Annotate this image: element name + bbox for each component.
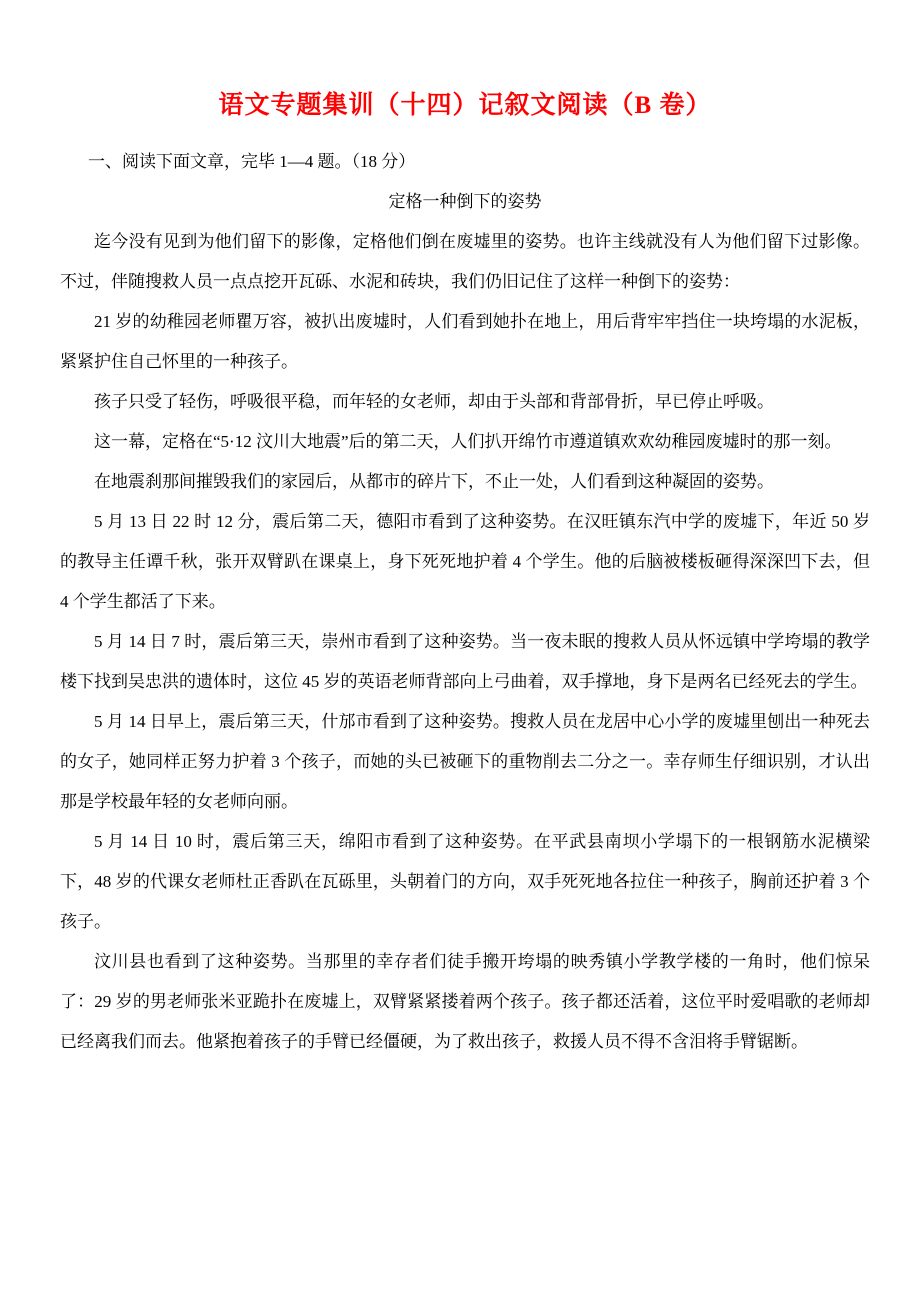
article-paragraph: 在地震刹那间摧毁我们的家园后，从都市的碎片下，不止一处，人们看到这种凝固的姿势。: [60, 462, 870, 502]
article-paragraph: 21 岁的幼稚园老师瞿万容，被扒出废墟时，人们看到她扑在地上，用后背牢牢挡住一块…: [60, 302, 870, 382]
article-paragraph: 5 月 14 日 10 时，震后第三天，绵阳市看到了这种姿势。在平武县南坝小学塌…: [60, 822, 870, 942]
article-title: 定格一种倒下的姿势: [60, 182, 870, 222]
article-paragraph: 迄今没有见到为他们留下的影像，定格他们倒在废墟里的姿势。也许主线就没有人为他们留…: [60, 222, 870, 302]
article-paragraph: 5 月 14 日 7 时，震后第三天，崇州市看到了这种姿势。当一夜未眠的搜救人员…: [60, 622, 870, 702]
article-paragraph: 孩子只受了轻伤，呼吸很平稳，而年轻的女老师，却由于头部和背部骨折，早已停止呼吸。: [60, 382, 870, 422]
document-page: 语文专题集训（十四）记叙文阅读（B 卷） 一、阅读下面文章，完毕 1—4 题。（…: [0, 0, 920, 1302]
article-paragraph: 这一幕，定格在“5·12 汶川大地震”后的第二天，人们扒开绵竹市遵道镇欢欢幼稚园…: [60, 422, 870, 462]
document-title: 语文专题集训（十四）记叙文阅读（B 卷）: [60, 88, 870, 124]
article-paragraph: 5 月 13 日 22 时 12 分，震后第二天，德阳市看到了这种姿势。在汉旺镇…: [60, 502, 870, 622]
section-heading: 一、阅读下面文章，完毕 1—4 题。（18 分）: [60, 142, 870, 182]
article-paragraph: 5 月 14 日早上，震后第三天，什邡市看到了这种姿势。搜救人员在龙居中心小学的…: [60, 702, 870, 822]
article-paragraph: 汶川县也看到了这种姿势。当那里的幸存者们徒手搬开垮塌的映秀镇小学教学楼的一角时，…: [60, 942, 870, 1062]
article-body: 迄今没有见到为他们留下的影像，定格他们倒在废墟里的姿势。也许主线就没有人为他们留…: [60, 222, 870, 1062]
